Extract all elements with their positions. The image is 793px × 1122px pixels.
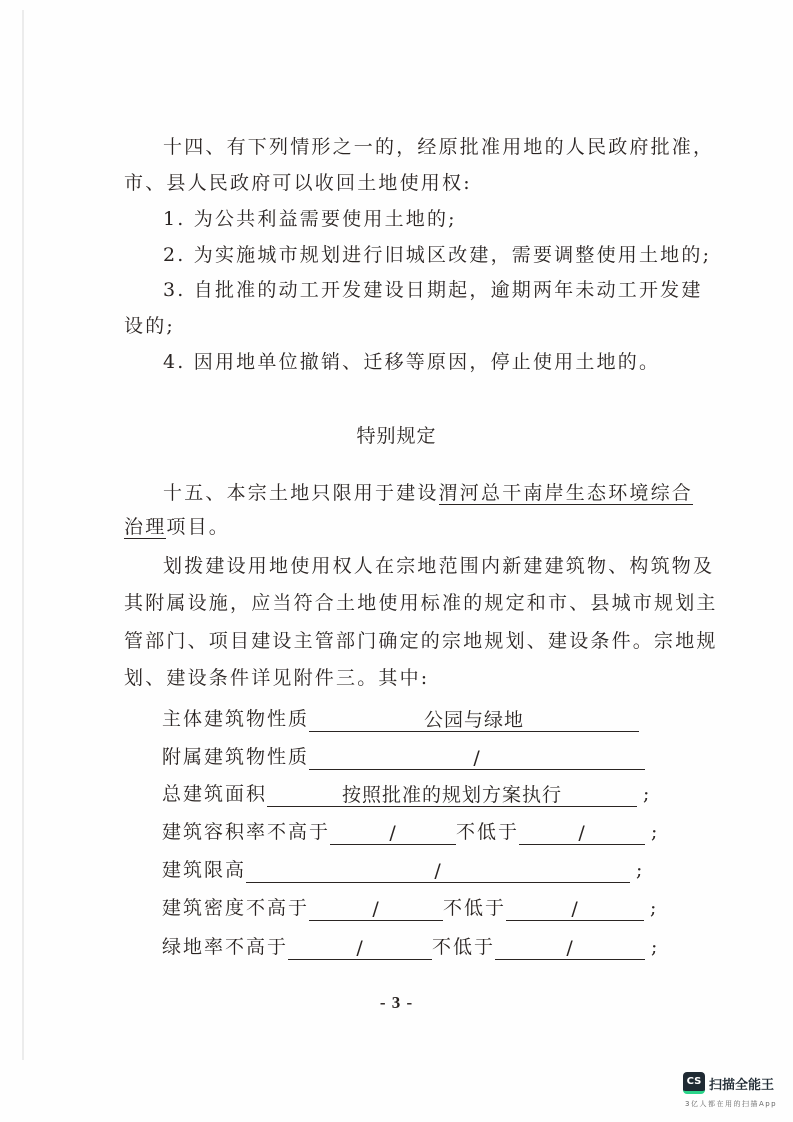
- field-label: 总建筑面积: [162, 781, 267, 807]
- clause15-line2: 治理 项目。: [124, 514, 230, 540]
- field-value: 公园与绿地: [309, 709, 639, 732]
- camscanner-tagline: 3亿人都在用的扫描App: [685, 1099, 777, 1109]
- paragraph-line-4: 划、建设条件详见附件三。其中:: [124, 665, 429, 691]
- clause14-item-1: 1. 为公共利益需要使用土地的;: [163, 206, 457, 232]
- field-height-limit: 建筑限高 / ;: [162, 857, 644, 883]
- scan-edge: [22, 10, 24, 1060]
- field-label: 绿地率不高于: [162, 934, 288, 960]
- clause15-line1: 十五、本宗土地只限用于建设 渭河总干南岸生态环境综合: [163, 480, 693, 506]
- camscanner-watermark: CS 扫描全能王 3亿人都在用的扫描App: [683, 1072, 793, 1112]
- page-number: - 3 -: [0, 993, 793, 1013]
- field-min: /: [495, 937, 645, 960]
- paragraph-line-3: 管部门、项目建设主管部门确定的宗地规划、建设条件。宗地规: [124, 628, 718, 654]
- clause14-item-3: 3. 自批准的动工开发建设日期起，逾期两年未动工开发建: [163, 277, 703, 303]
- clause14-intro-line2: 市、县人民政府可以收回土地使用权:: [124, 170, 472, 196]
- field-value: 按照批准的规划方案执行: [267, 784, 637, 807]
- field-max: /: [330, 822, 456, 845]
- field-label: 主体建筑物性质: [162, 706, 309, 732]
- field-end: ;: [651, 819, 659, 845]
- clause15-suffix: 项目。: [166, 516, 230, 538]
- field-mid-label: 不低于: [456, 819, 519, 845]
- field-label: 附属建筑物性质: [162, 744, 309, 770]
- field-min: /: [506, 898, 644, 921]
- field-label: 建筑密度不高于: [162, 895, 309, 921]
- section-heading: 特别规定: [0, 421, 793, 448]
- camscanner-app-name: 扫描全能王: [709, 1074, 774, 1093]
- clause14-item-4: 4. 因用地单位撤销、迁移等原因，停止使用土地的。: [163, 349, 660, 375]
- field-end: ;: [643, 781, 651, 807]
- field-total-floor-area: 总建筑面积 按照批准的规划方案执行 ;: [162, 781, 651, 807]
- clause14-item-3-cont: 设的;: [124, 313, 175, 339]
- field-main-building-nature: 主体建筑物性质 公园与绿地: [162, 706, 639, 732]
- field-min: /: [519, 822, 645, 845]
- field-building-density: 建筑密度不高于 / 不低于 / ;: [162, 895, 658, 921]
- paragraph-line-1: 划拨建设用地使用权人在宗地范围内新建建筑物、构筑物及: [163, 553, 714, 579]
- field-label: 建筑容积率不高于: [162, 819, 330, 845]
- project-name-part2: 治理: [124, 516, 166, 539]
- field-max: /: [309, 898, 443, 921]
- field-end: ;: [636, 857, 644, 883]
- camscanner-logo-icon: CS: [683, 1072, 705, 1094]
- document-page: 十四、有下列情形之一的，经原批准用地的人民政府批准， 市、县人民政府可以收回土地…: [0, 0, 793, 1122]
- field-plot-ratio: 建筑容积率不高于 / 不低于 / ;: [162, 819, 659, 845]
- paragraph-line-2: 其附属设施，应当符合土地使用标准的规定和市、县城市规划主: [124, 590, 718, 616]
- field-mid-label: 不低于: [432, 934, 495, 960]
- field-ancillary-building-nature: 附属建筑物性质 /: [162, 744, 645, 770]
- field-mid-label: 不低于: [443, 895, 506, 921]
- field-end: ;: [650, 895, 658, 921]
- field-end: ;: [651, 934, 659, 960]
- project-name-part1: 渭河总干南岸生态环境综合: [439, 482, 693, 505]
- field-max: /: [288, 937, 432, 960]
- clause15-prefix: 十五、本宗土地只限用于建设: [163, 482, 439, 504]
- field-value: /: [309, 747, 645, 770]
- field-green-ratio: 绿地率不高于 / 不低于 / ;: [162, 934, 659, 960]
- clause14-item-2: 2. 为实施城市规划进行旧城区改建，需要调整使用土地的;: [163, 242, 711, 268]
- clause14-intro-line1: 十四、有下列情形之一的，经原批准用地的人民政府批准，: [163, 134, 714, 160]
- field-value: /: [246, 860, 630, 883]
- field-label: 建筑限高: [162, 857, 246, 883]
